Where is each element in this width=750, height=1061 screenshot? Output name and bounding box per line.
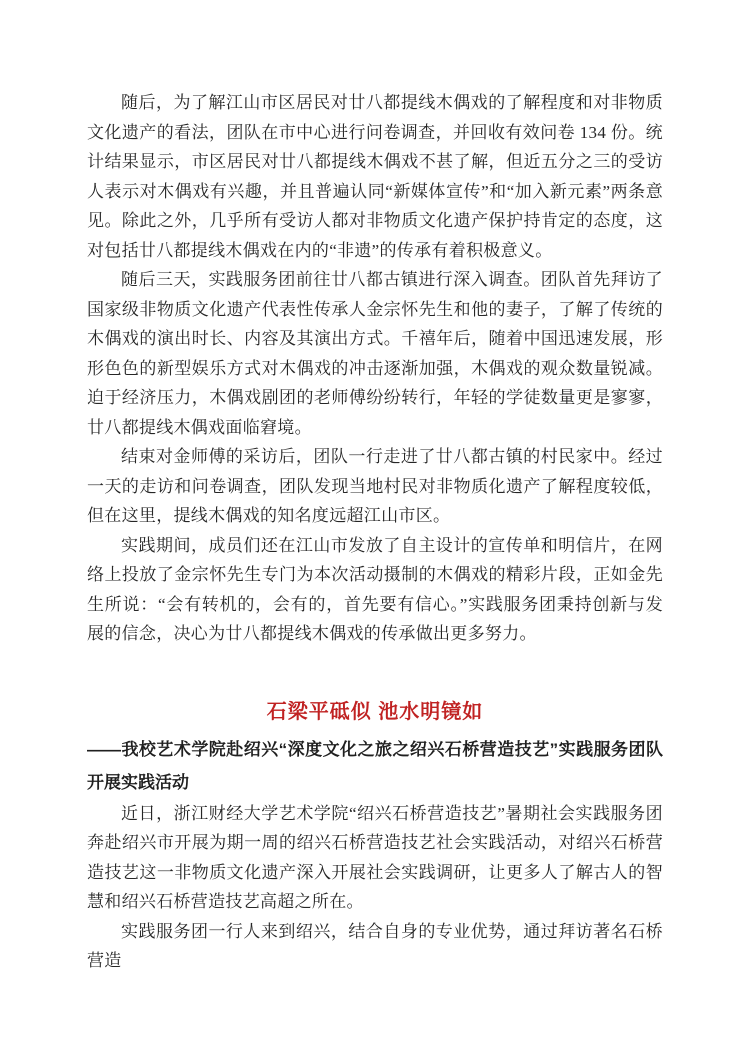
document-page: 随后，为了解江山市区居民对廿八都提线木偶戏的了解程度和对非物质文化遗产的看法，团…	[0, 0, 750, 1061]
paragraph-promotion-efforts: 实践期间，成员们还在江山市发放了自主设计的宣传单和明信片，在网络上投放了金宗怀先…	[87, 531, 663, 649]
paragraph-survey-jiangshan: 随后，为了解江山市区居民对廿八都提线木偶戏的了解程度和对非物质文化遗产的看法，团…	[87, 88, 663, 265]
section-title: 石梁平砥似 池水明镜如	[87, 697, 663, 727]
paragraph-shaoxing-launch: 近日，浙江财经大学艺术学院“绍兴石桥营造技艺”暑期社会实践服务团奔赴绍兴市开展为…	[87, 799, 663, 917]
section-subtitle: ——我校艺术学院赴绍兴“深度文化之旅之绍兴石桥营造技艺”实践服务团队开展实践活动	[87, 733, 663, 799]
section-divider-space	[87, 649, 663, 679]
paragraph-villager-interviews: 结束对金师傅的采访后，团队一行走进了廿八都古镇的村民家中。经过一天的走访和问卷调…	[87, 442, 663, 531]
paragraph-nianbadu-visit: 随后三天，实践服务团前往廿八都古镇进行深入调查。团队首先拜访了国家级非物质文化遗…	[87, 265, 663, 442]
paragraph-shaoxing-arrival: 实践服务团一行人来到绍兴，结合自身的专业优势，通过拜访著名石桥营造	[87, 917, 663, 976]
